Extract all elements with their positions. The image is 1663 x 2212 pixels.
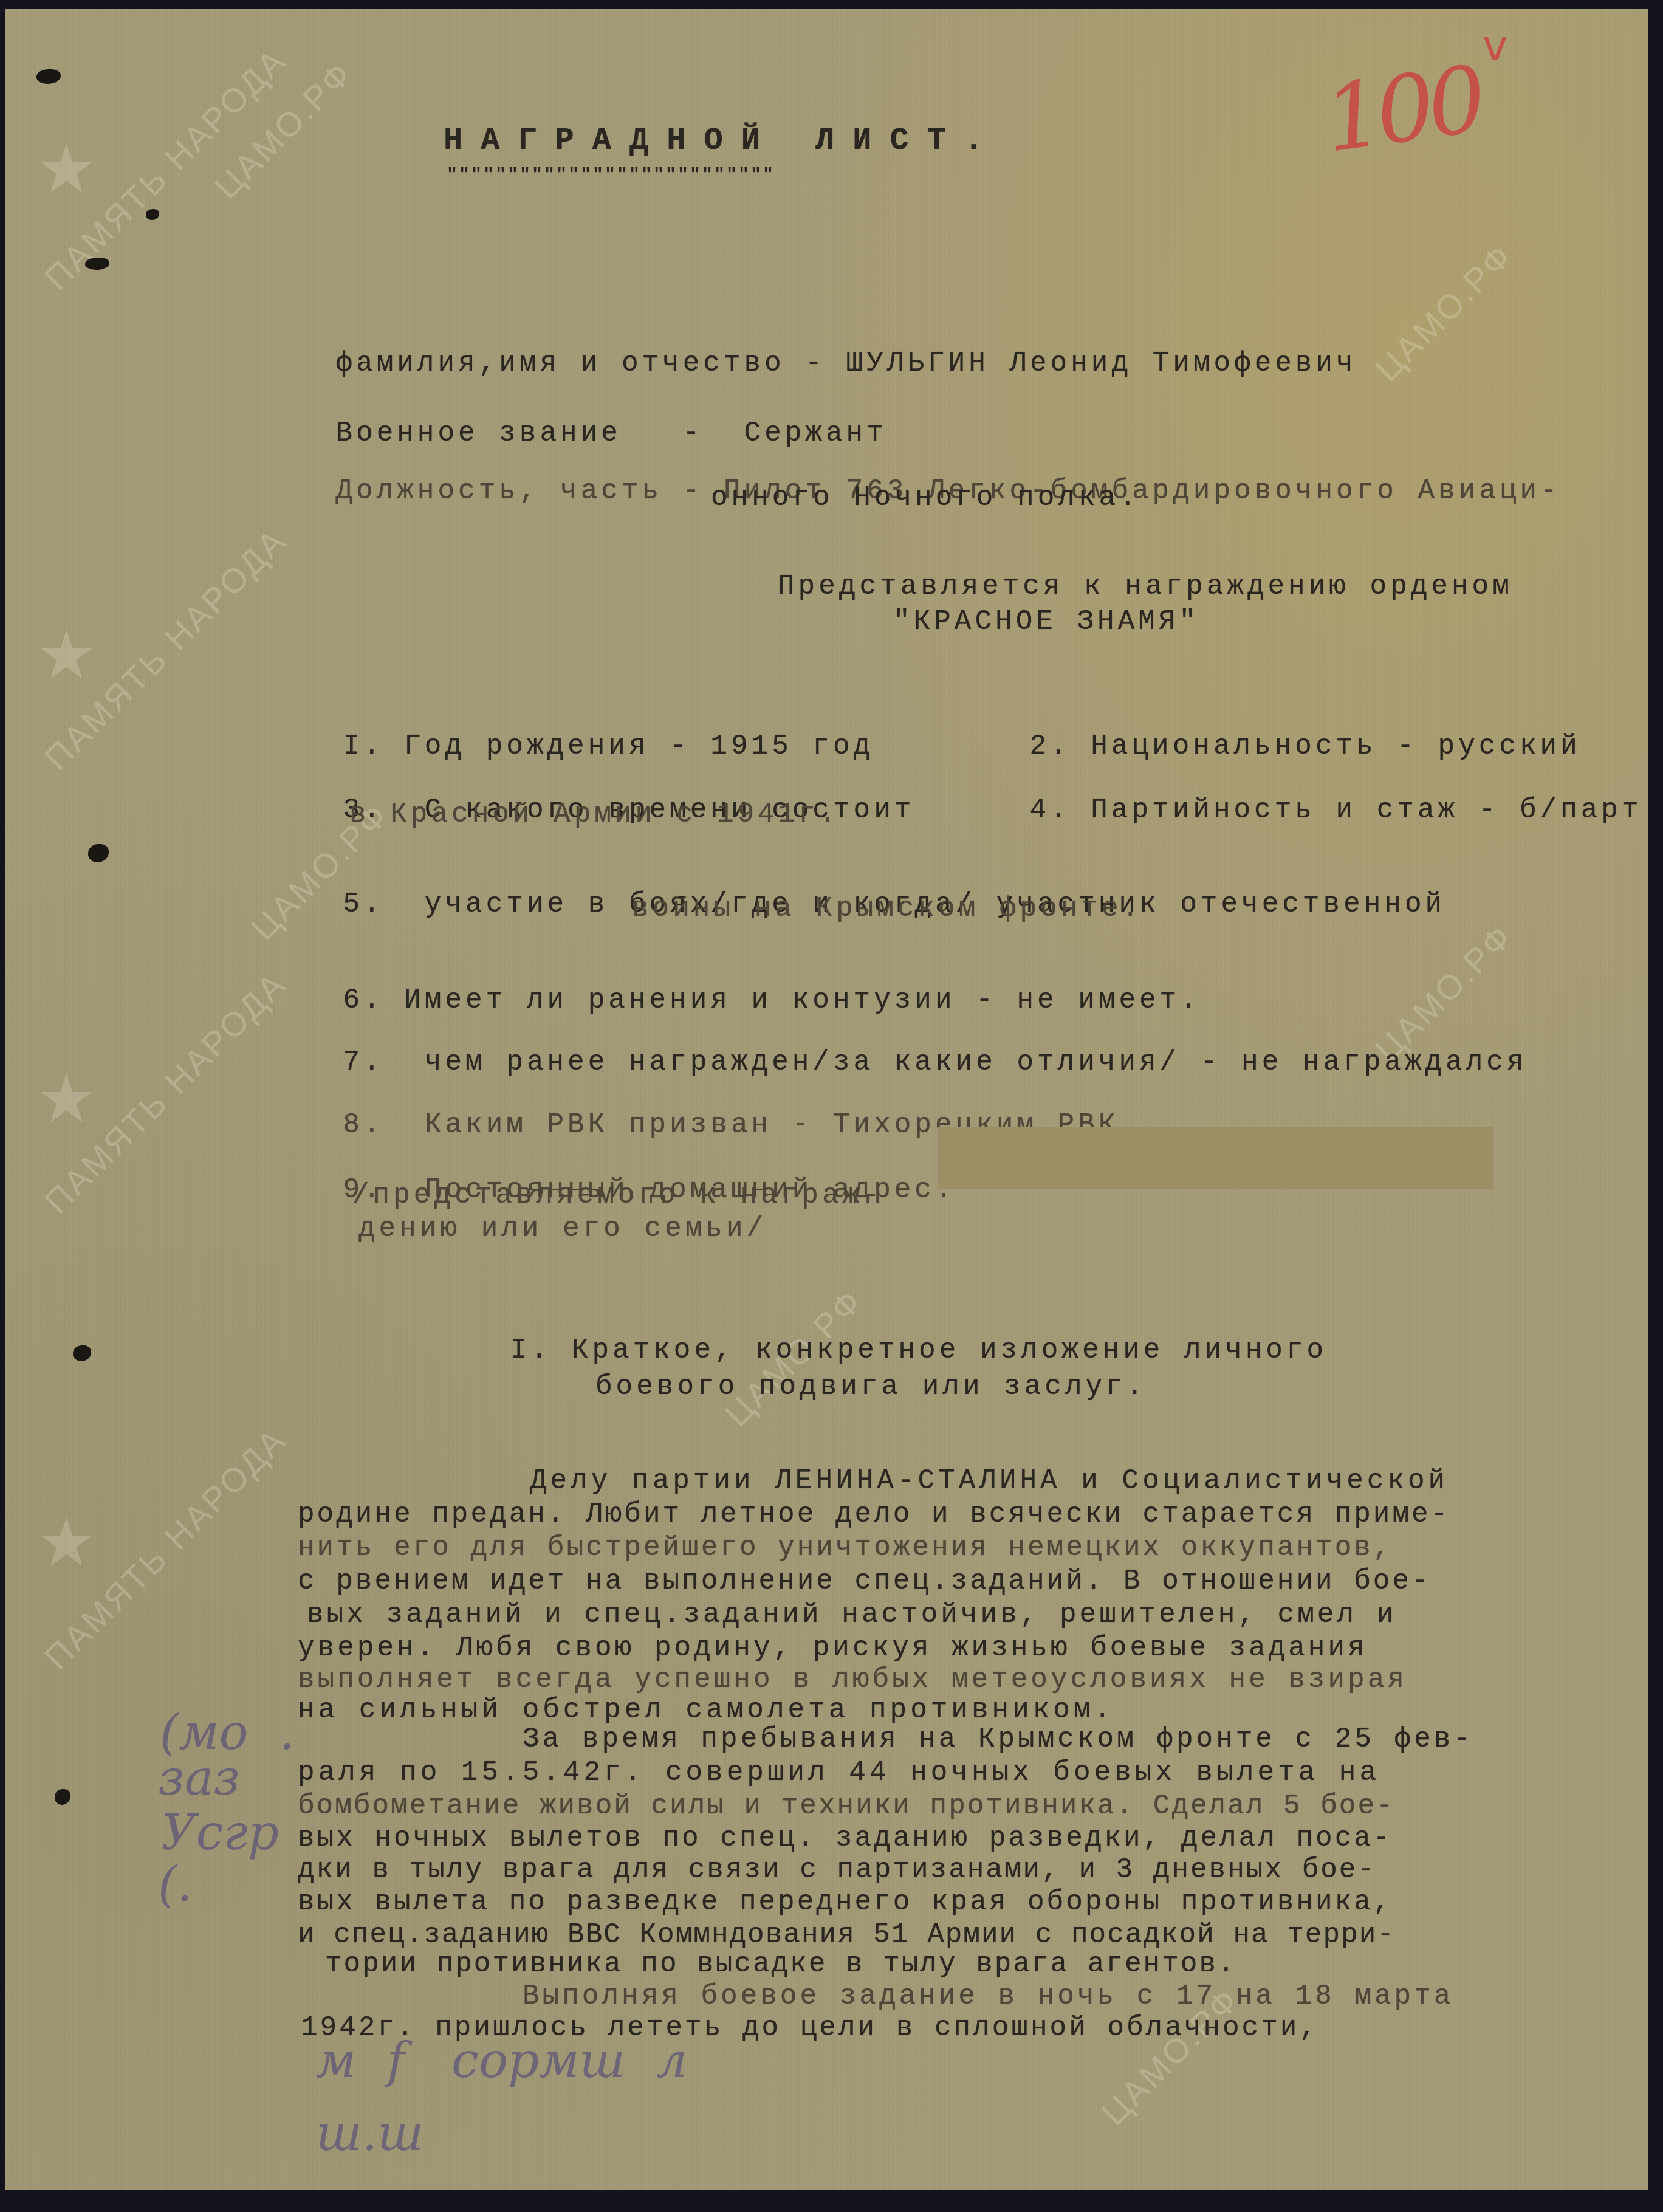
handwritten-stamp-residue: ш.ш bbox=[316, 2105, 423, 2162]
item-3-cont: в Красной Армии с 1941г. bbox=[349, 800, 840, 828]
body-line: За время пребывания на Крымском фронте с… bbox=[523, 1725, 1473, 1753]
body-line: Делу партии ЛЕНИНА-СТАЛИНА и Социалистич… bbox=[530, 1467, 1449, 1495]
title-underline: """"""""""""""""""""""""""" bbox=[447, 165, 775, 186]
field-position-cont: онного Ночного полка. bbox=[711, 484, 1140, 512]
watermark-pamyat: ПАМЯТЬ НАРОДА bbox=[36, 520, 294, 778]
item-text: Национальность - русский bbox=[1091, 730, 1581, 762]
handwritten-margin-note: Усгр bbox=[161, 1804, 279, 1861]
item-number: 2. bbox=[1029, 730, 1070, 762]
item-number: 6. bbox=[343, 984, 383, 1016]
body-line: 1942г. пришлось лететь до цели в сплошно… bbox=[301, 2014, 1318, 2042]
ink-blot bbox=[146, 209, 159, 220]
watermark-star-icon: ★ bbox=[36, 616, 97, 694]
body-line: раля по 15.5.42г. совершил 44 ночных бое… bbox=[298, 1759, 1380, 1787]
item-text: Год рождения - 1915 год bbox=[404, 730, 874, 762]
field-name-value: ШУЛЬГИН Леонид Тимофеевич bbox=[846, 348, 1357, 379]
section-heading: I. Краткое, конкретное изложение личного bbox=[510, 1336, 1327, 1364]
nomination-order: "КРАСНОЕ ЗНАМЯ" bbox=[893, 608, 1199, 636]
handwritten-margin-note: заз bbox=[158, 1750, 240, 1806]
field-rank-value: Сержант bbox=[744, 417, 887, 449]
field-name-label: фамилия,имя и отчество bbox=[335, 348, 784, 379]
body-line: тории противника по высадке в тылу врага… bbox=[325, 1950, 1236, 1978]
watermark-star-icon: ★ bbox=[36, 1060, 97, 1138]
body-line: с рвением идет на выполнение спец.задани… bbox=[298, 1567, 1431, 1595]
item-5-cont: войны на Крымском фронте. bbox=[632, 895, 1142, 922]
ink-blot bbox=[55, 1789, 70, 1805]
body-line: родине предан. Любит летное дело и всяче… bbox=[298, 1500, 1450, 1528]
ink-blot bbox=[73, 1345, 91, 1361]
field-position-label: Должность, часть bbox=[335, 475, 662, 507]
item-9-cont: /представляемого к награж- bbox=[352, 1181, 883, 1209]
body-line: выполняет всегда успешно в любых метеоус… bbox=[298, 1666, 1407, 1694]
item-number: I. bbox=[343, 730, 383, 762]
document-title: НАГРАДНОЙ ЛИСТ. bbox=[444, 125, 1001, 157]
body-line: вых ночных вылетов по спец. заданию разв… bbox=[298, 1824, 1392, 1852]
item-number: 5. bbox=[343, 888, 383, 920]
ink-blot bbox=[36, 69, 61, 84]
item-number: 8. bbox=[343, 1109, 383, 1141]
watermark-tsamo: ЦАМО.РФ bbox=[207, 53, 360, 207]
watermark-tsamo: ЦАМО.РФ bbox=[1367, 236, 1520, 389]
item-9-cont: дению или его семьи/ bbox=[358, 1215, 767, 1243]
check-mark-icon: v bbox=[1483, 21, 1507, 70]
body-line: нить его для быстрейшего уничтожения нем… bbox=[298, 1534, 1392, 1562]
item-text: Имеет ли ранения и контузии - не имеет. bbox=[404, 984, 1201, 1016]
watermark-pamyat: ПАМЯТЬ НАРОДА bbox=[36, 40, 294, 298]
body-line: дки в тылу врага для связи с партизанами… bbox=[298, 1856, 1376, 1884]
item-number: 4. bbox=[1029, 794, 1070, 826]
item-text: чем ранее награжден/за какие отличия/ - … bbox=[425, 1046, 1528, 1078]
body-line: вых вылета по разведке переднего края об… bbox=[298, 1888, 1392, 1916]
body-line: на сильный обстрел самолета противником. bbox=[298, 1696, 1114, 1724]
redacted-address bbox=[938, 1127, 1493, 1189]
nomination-line1: Представляется к награждению орденом bbox=[778, 572, 1513, 600]
ink-blot bbox=[88, 844, 109, 862]
handwritten-margin-note: (мо . bbox=[155, 1704, 295, 1760]
item-number: 7. bbox=[343, 1046, 383, 1078]
watermark-star-icon: ★ bbox=[36, 1503, 97, 1581]
field-rank-label: Военное звание bbox=[335, 417, 621, 449]
body-line: бомбометание живой силы и техники против… bbox=[298, 1792, 1395, 1820]
section-heading-cont: боевого подвига или заслуг. bbox=[595, 1373, 1147, 1401]
body-line: вых заданий и спец.заданий настойчив, ре… bbox=[307, 1601, 1396, 1629]
watermark-star-icon: ★ bbox=[36, 130, 97, 208]
item-text: Партийность и стаж - б/парт. bbox=[1091, 794, 1648, 826]
item-4: 4. Партийность и стаж - б/парт. bbox=[948, 768, 1648, 852]
body-line: уверен. Любя свою родину, рискуя жизнью … bbox=[298, 1634, 1368, 1662]
watermark-pamyat: ПАМЯТЬ НАРОДА bbox=[36, 1420, 294, 1677]
ink-blot bbox=[85, 258, 109, 270]
page-number-annotation: 100 bbox=[1318, 47, 1487, 173]
body-line: Выполняя боевое задание в ночь с 17 на 1… bbox=[523, 1982, 1453, 2010]
handwritten-margin-note: (. bbox=[158, 1856, 193, 1912]
scan-border bbox=[0, 9, 5, 2190]
document-page: ★ ПАМЯТЬ НАРОДА ЦАМО.РФ ★ ПАМЯТЬ НАРОДА … bbox=[0, 9, 1648, 2190]
watermark-pamyat: ПАМЯТЬ НАРОДА bbox=[36, 964, 294, 1221]
body-line: и спец.заданию ВВС Коммндования 51 Армии… bbox=[298, 1921, 1395, 1949]
